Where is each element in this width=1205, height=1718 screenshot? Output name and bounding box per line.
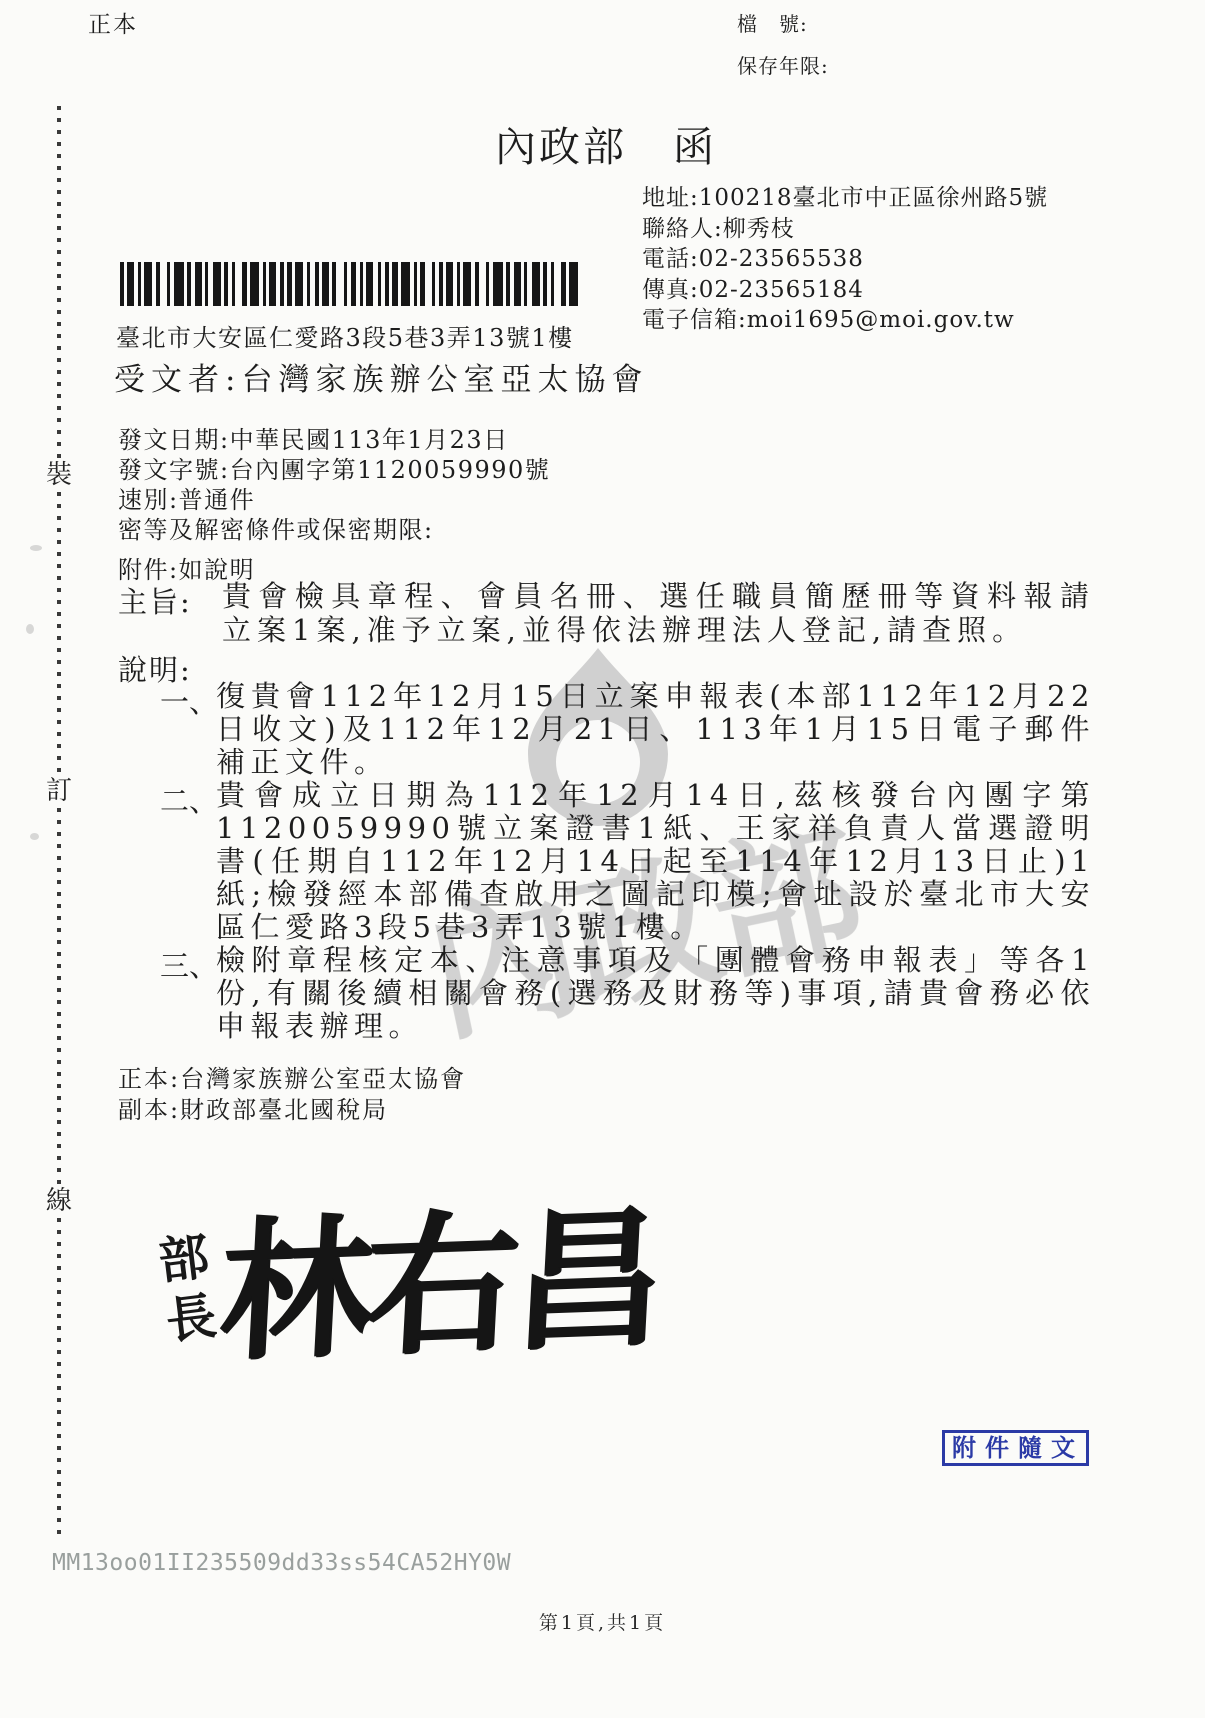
speed-class: 速別:普通件 (118, 480, 550, 510)
item-text: 貴會成立日期為112年12月14日,茲核發台內團字第1120059990號立案證… (216, 779, 1095, 944)
scan-artifact (30, 833, 39, 840)
signature-block: 部長 林右昌 (122, 1182, 658, 1387)
document-code: MM13oo01II235509dd33ss54CA52HY0W (52, 1550, 511, 1576)
binding-dotted-line (57, 808, 61, 1184)
file-number-label: 檔 號: (737, 8, 808, 37)
scan-artifact (30, 545, 42, 551)
retention-period-label: 保存年限: (737, 50, 829, 79)
distribution-block: 正本:台灣家族辦公室亞太協會 副本:財政部臺北國稅局 (118, 1064, 466, 1126)
document-type: 函 (673, 114, 717, 173)
recipient-line: 受文者:台灣家族辦公室亞太協會 (114, 354, 648, 399)
binding-dotted-line (57, 106, 61, 458)
binding-mark-zhuang: 裝 (46, 458, 72, 492)
item-text: 檢附章程核定本、注意事項及「團體會務申報表」等各1份,有關後續相關會務(選務及財… (216, 944, 1095, 1043)
cc-recipient: 副本:財政部臺北國稅局 (118, 1095, 466, 1126)
item-text: 復貴會112年12月15日立案申報表(本部112年12月22日收文)及112年1… (216, 680, 1095, 779)
document-meta-block: 發文日期:中華民國113年1月23日 發文字號:台內團字第1120059990號… (118, 420, 550, 580)
item-number: 二、 (160, 779, 216, 944)
sender-fax: 傳真:02-23565184 (642, 275, 1048, 306)
binding-dotted-line (57, 1218, 61, 1538)
description-item-1: 一、 復貴會112年12月15日立案申報表(本部112年12月22日收文)及11… (160, 680, 1095, 779)
binding-mark-xian: 線 (46, 1184, 72, 1218)
sender-phone: 電話:02-23565538 (642, 244, 1048, 275)
signer-title: 部長 (115, 1228, 227, 1359)
sender-contact-person: 聯絡人:柳秀枝 (642, 214, 1048, 245)
subject-text: 貴會檢具章程、會員名冊、選任職員簡歷冊等資料報請立案1案,准予立案,並得依法辦理… (222, 580, 1095, 647)
binding-dotted-line (57, 492, 61, 774)
issue-number: 發文字號:台內團字第1120059990號 (118, 450, 550, 480)
subject-label: 主旨: (118, 580, 222, 647)
attachment-note: 附件:如說明 (118, 550, 550, 580)
subject-block: 主旨: 貴會檢具章程、會員名冊、選任職員簡歷冊等資料報請立案1案,准予立案,並得… (118, 580, 1095, 647)
page-indicator: 第1頁,共1頁 (0, 1608, 1205, 1635)
scan-artifact (26, 624, 34, 634)
issue-date: 發文日期:中華民國113年1月23日 (118, 420, 550, 450)
sender-email: 電子信箱:moi1695@moi.gov.tw (642, 305, 1048, 336)
item-number: 三、 (160, 944, 216, 1043)
description-items: 一、 復貴會112年12月15日立案申報表(本部112年12月22日收文)及11… (160, 680, 1095, 1043)
sender-contact-block: 地址:100218臺北市中正區徐州路5號 聯絡人:柳秀枝 電話:02-23565… (642, 183, 1048, 336)
security-class: 密等及解密條件或保密期限: (118, 510, 550, 540)
recipient-mailing-address: 臺北市大安區仁愛路3段5巷3弄13號1樓 (116, 318, 574, 353)
copy-type-label: 正本 (88, 6, 138, 39)
sender-address: 地址:100218臺北市中正區徐州路5號 (642, 183, 1048, 214)
attachment-stamp: 附件隨文 (942, 1430, 1089, 1466)
binding-rail: 裝 訂 線 (46, 106, 72, 1552)
description-item-3: 三、 檢附章程核定本、注意事項及「團體會務申報表」等各1份,有關後續相關會務(選… (160, 944, 1095, 1043)
issuing-agency: 內政部 (495, 114, 627, 173)
binding-mark-ding: 訂 (46, 774, 72, 808)
signer-name-signature: 林右昌 (215, 1174, 664, 1395)
barcode (118, 262, 582, 306)
document-title: 內政部 函 (495, 114, 717, 173)
item-number: 一、 (160, 680, 216, 779)
description-item-2: 二、 貴會成立日期為112年12月14日,茲核發台內團字第1120059990號… (160, 779, 1095, 944)
original-recipient: 正本:台灣家族辦公室亞太協會 (118, 1064, 466, 1095)
